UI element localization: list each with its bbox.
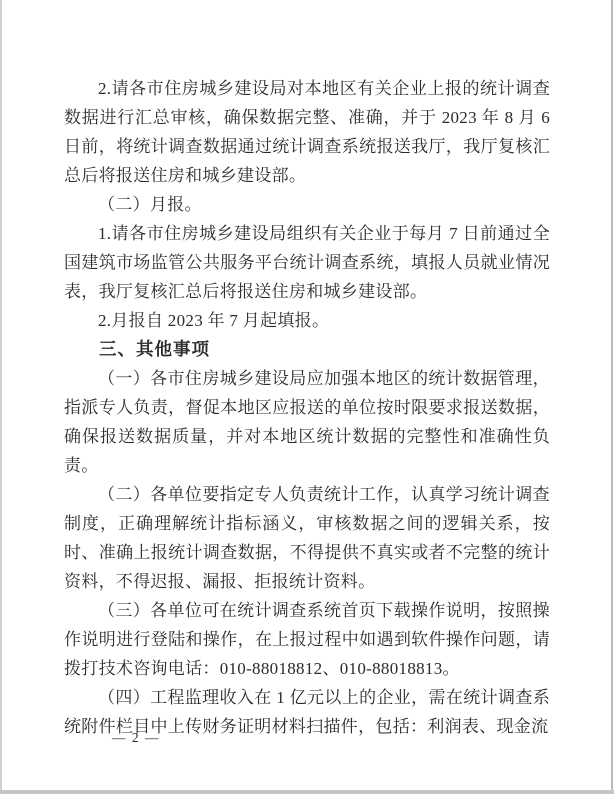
paragraph: 2.请各市住房城乡建设局对本地区有关企业上报的统计调查数据进行汇总审核，确保数据…	[64, 74, 550, 190]
section-heading: 三、其他事项	[64, 335, 550, 364]
paragraph: （二）各单位要指定专人负责统计工作，认真学习统计调查制度，正确理解统计指标涵义，…	[64, 480, 550, 596]
scan-edge-left	[0, 0, 2, 794]
paragraph: 1.请各市住房城乡建设局组织有关企业于每月 7 日前通过全国建筑市场监管公共服务…	[64, 219, 550, 306]
page-number: — 2 —	[112, 730, 160, 746]
paragraph: （一）各市住房城乡建设局应加强本地区的统计数据管理，指派专人负责，督促本地区应报…	[64, 364, 550, 480]
scan-edge-right	[611, 0, 613, 794]
document-page: 2.请各市住房城乡建设局对本地区有关企业上报的统计调查数据进行汇总审核，确保数据…	[0, 0, 614, 794]
paragraph: 2.月报自 2023 年 7 月起填报。	[64, 306, 550, 335]
scan-edge-bottom	[0, 790, 614, 794]
scanned-document-screenshot: { "document": { "page_number": "— 2 —", …	[0, 0, 614, 794]
paragraph: （三）各单位可在统计调查系统首页下载操作说明，按照操作说明进行登陆和操作，在上报…	[64, 596, 550, 683]
paragraph: （二）月报。	[64, 190, 550, 219]
document-text-block: 2.请各市住房城乡建设局对本地区有关企业上报的统计调查数据进行汇总审核，确保数据…	[64, 74, 550, 741]
